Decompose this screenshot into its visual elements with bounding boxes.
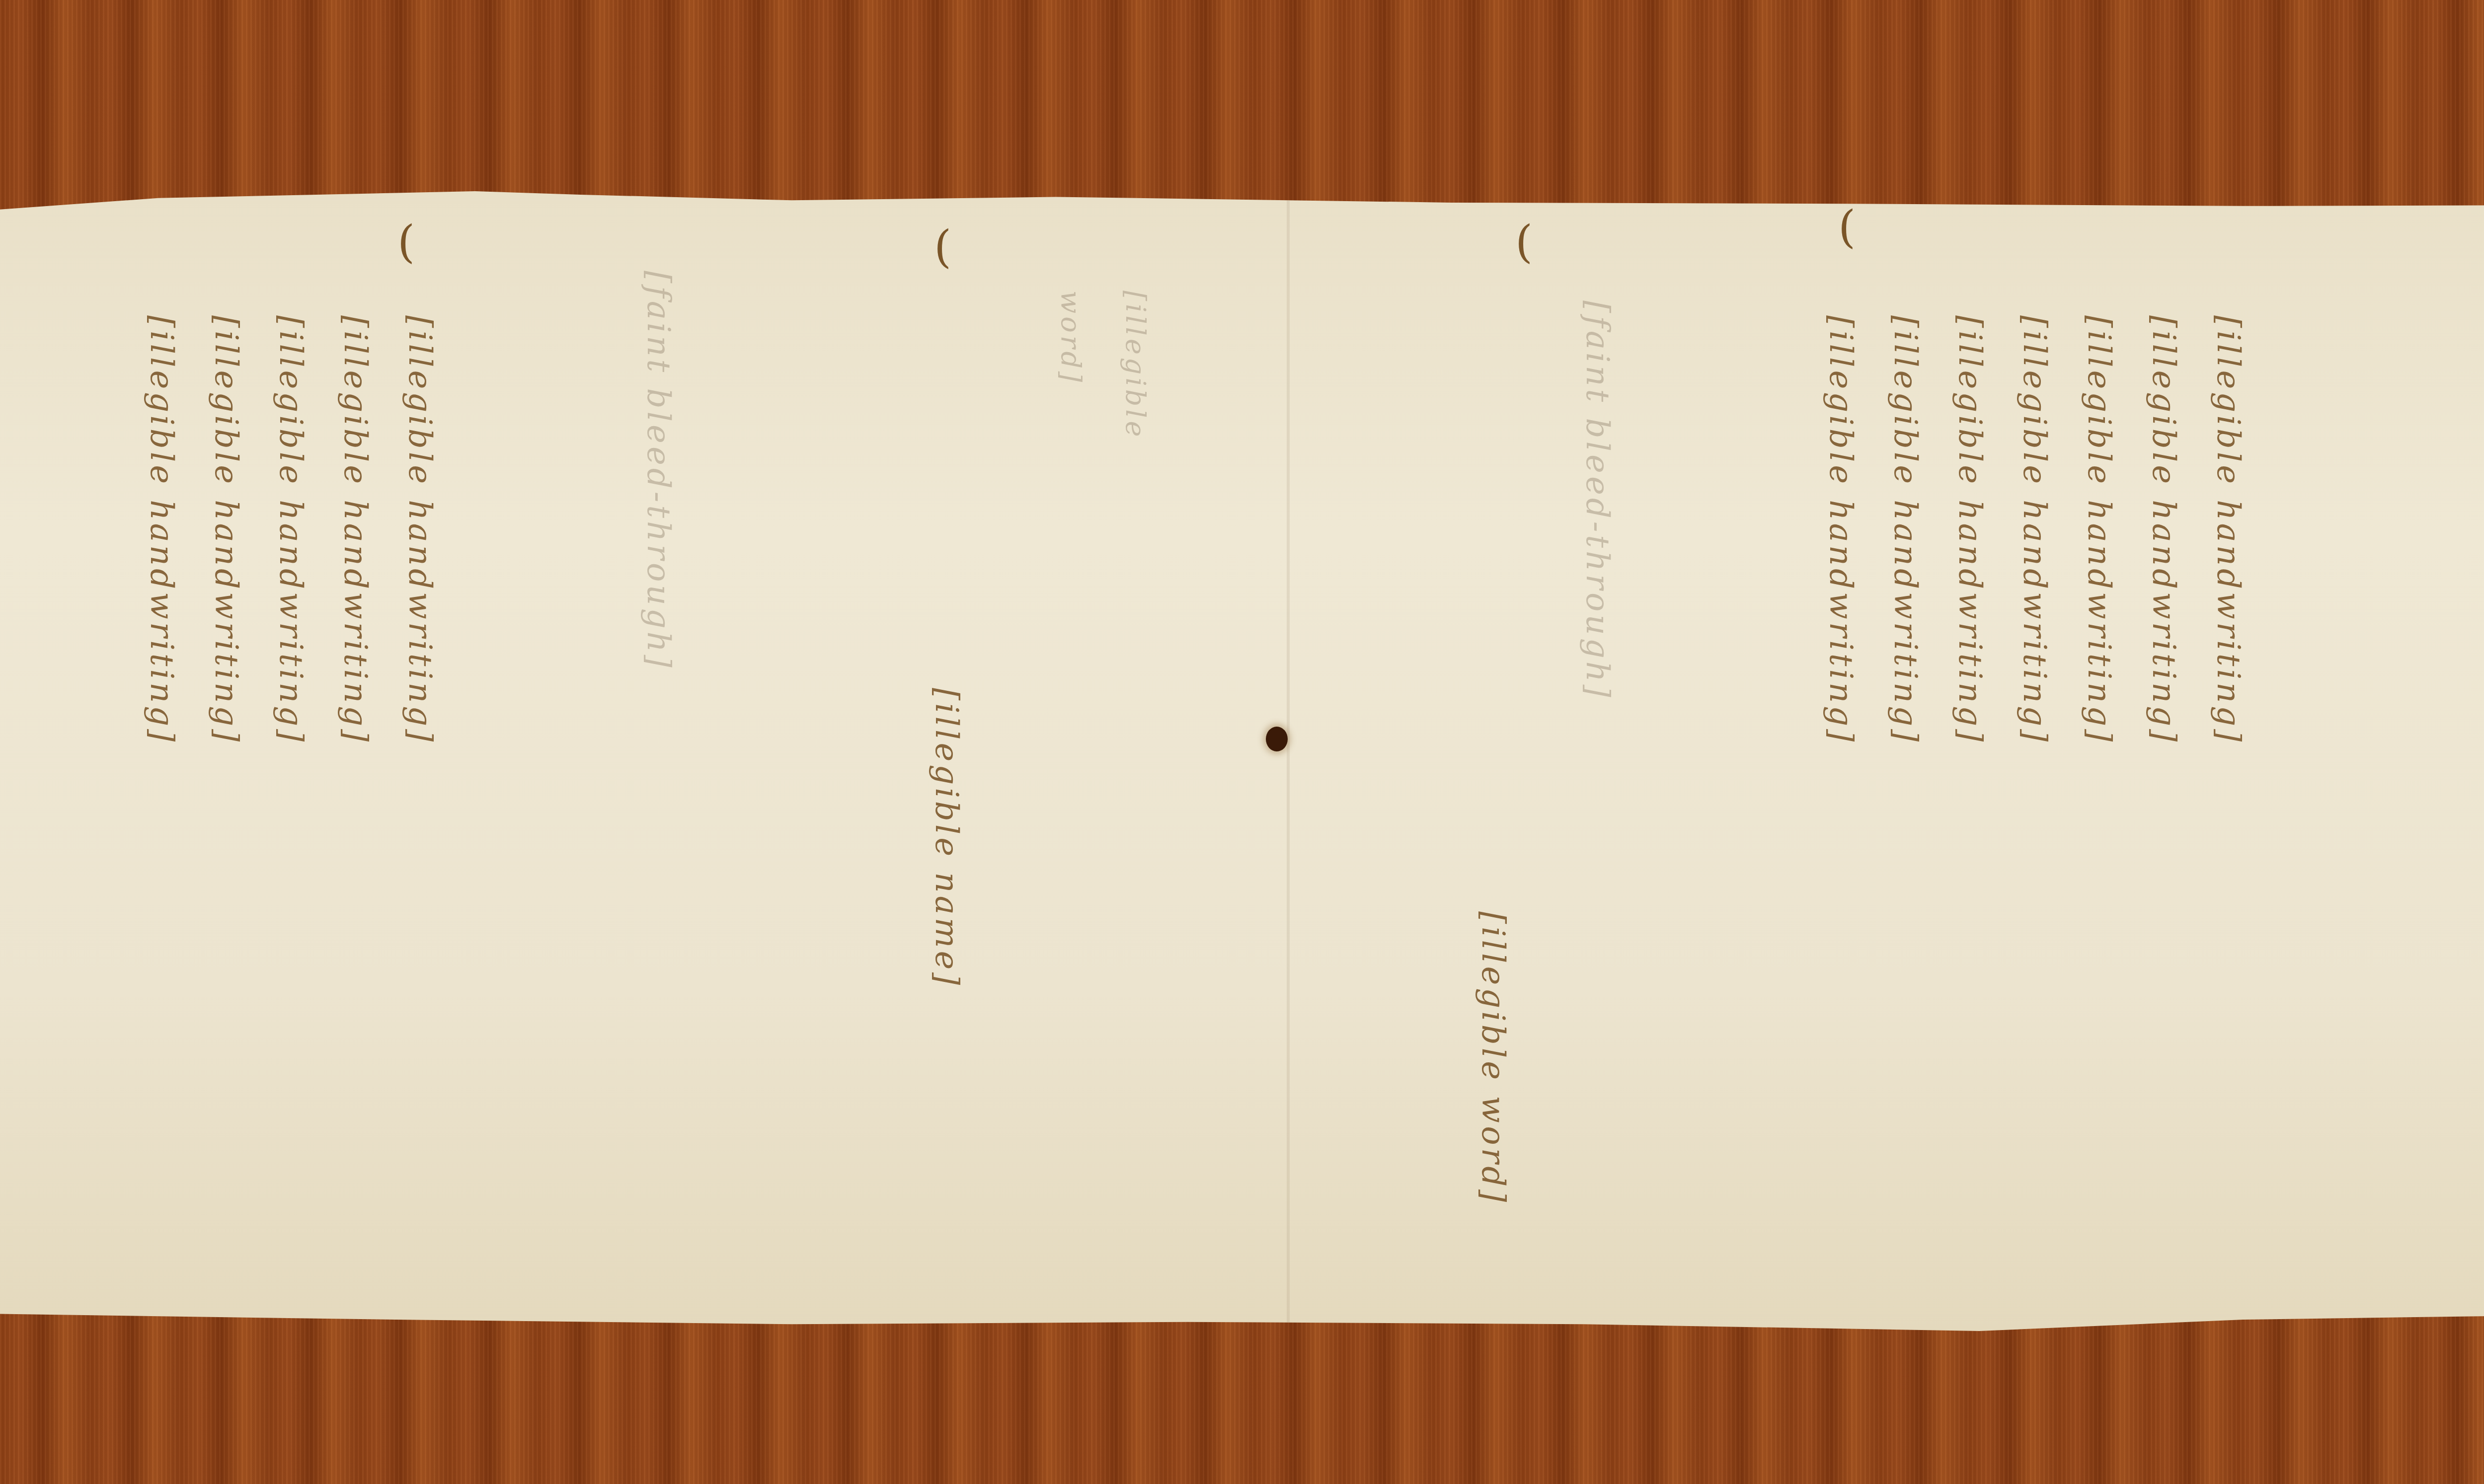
text-line: [illegible name]: [914, 688, 979, 1234]
bracket-mark: (: [934, 221, 951, 273]
text-line: [illegible handwriting]: [1873, 315, 1938, 1259]
text-line: [illegible handwriting]: [388, 315, 452, 1259]
manuscript-paper-strip: ( [illegible handwriting] [illegible han…: [0, 191, 2484, 1331]
hole-in-paper: [1266, 727, 1288, 751]
text-line: [illegible handwriting]: [323, 315, 388, 1259]
text-line: [illegible handwriting]: [1808, 315, 1873, 1259]
bracket-mark: (: [1515, 216, 1533, 268]
text-line: [faint bleed-through]: [626, 271, 691, 718]
text-line: [illegible handwriting]: [1938, 315, 2002, 1259]
text-line: [illegible word]: [1038, 291, 1167, 539]
text-line: [faint bleed-through]: [1565, 300, 1630, 1095]
right-handwritten-entry: [illegible handwriting] [illegible handw…: [1808, 315, 2260, 1259]
middle-signature: [illegible name]: [914, 688, 979, 1234]
paper-fold-line: [1287, 191, 1290, 1331]
left-handwritten-entry: [illegible handwriting] [illegible handw…: [129, 315, 452, 1259]
bleed-through-text: [faint bleed-through]: [1565, 300, 1630, 1095]
bracket-mark: (: [397, 216, 415, 268]
text-line: [illegible handwriting]: [129, 315, 194, 1259]
center-right-word: [illegible word]: [1461, 911, 1525, 1234]
text-line: [illegible handwriting]: [258, 315, 323, 1259]
left-faint-text: [faint bleed-through]: [626, 271, 691, 718]
text-line: [illegible handwriting]: [2131, 315, 2196, 1259]
text-line: [illegible word]: [1461, 911, 1525, 1234]
text-line: [illegible handwriting]: [194, 315, 258, 1259]
bracket-mark: (: [1838, 201, 1856, 253]
text-line: [illegible handwriting]: [2067, 315, 2131, 1259]
text-line: [illegible handwriting]: [2002, 315, 2067, 1259]
text-line: [illegible handwriting]: [2196, 315, 2260, 1259]
middle-short-word: [illegible word]: [1038, 291, 1167, 539]
